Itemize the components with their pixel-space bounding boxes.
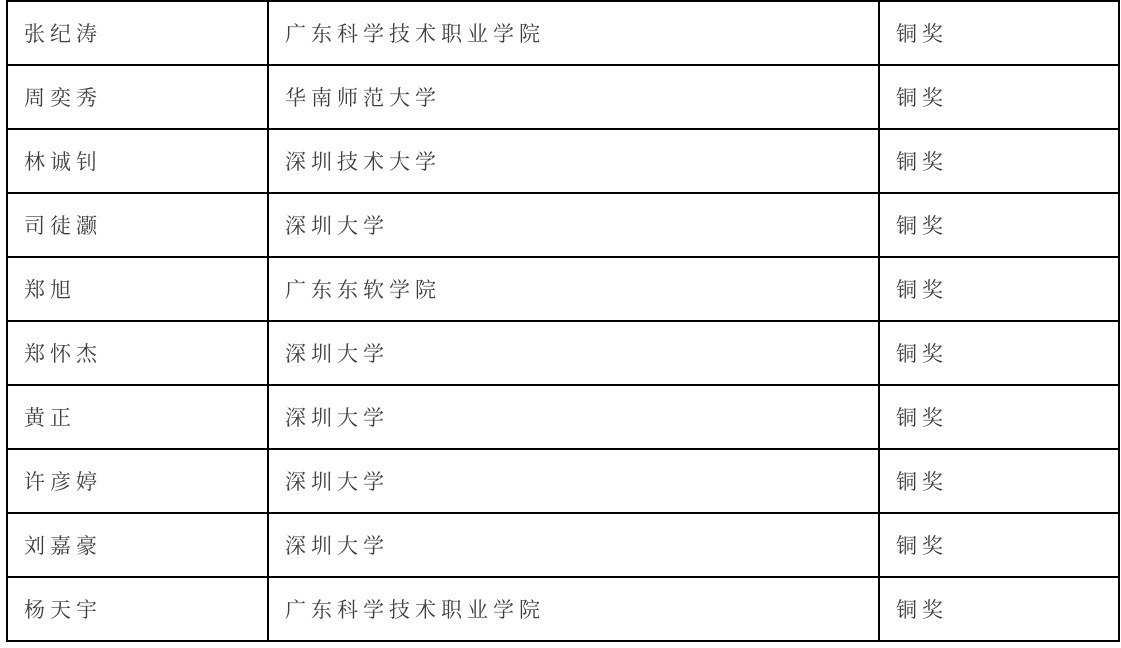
institution-cell: 广东科学技术职业学院: [268, 577, 879, 641]
institution-cell: 华南师范大学: [268, 65, 879, 129]
award-table-body: 张纪涛广东科学技术职业学院铜奖周奕秀华南师范大学铜奖林诚钊深圳技术大学铜奖司徒灏…: [7, 1, 1119, 641]
winner-name-cell: 许彦婷: [7, 449, 268, 513]
table-row: 黄正深圳大学铜奖: [7, 385, 1119, 449]
winner-name-cell: 周奕秀: [7, 65, 268, 129]
document-page: 张纪涛广东科学技术职业学院铜奖周奕秀华南师范大学铜奖林诚钊深圳技术大学铜奖司徒灏…: [0, 0, 1121, 648]
award-level-cell: 铜奖: [879, 577, 1119, 641]
award-level-cell: 铜奖: [879, 65, 1119, 129]
table-row: 许彦婷深圳大学铜奖: [7, 449, 1119, 513]
award-level-cell: 铜奖: [879, 193, 1119, 257]
table-row: 杨天宇广东科学技术职业学院铜奖: [7, 577, 1119, 641]
table-row: 张纪涛广东科学技术职业学院铜奖: [7, 1, 1119, 65]
winner-name-cell: 司徒灏: [7, 193, 268, 257]
award-level-cell: 铜奖: [879, 513, 1119, 577]
award-level-cell: 铜奖: [879, 1, 1119, 65]
institution-cell: 广东东软学院: [268, 257, 879, 321]
table-row: 刘嘉豪深圳大学铜奖: [7, 513, 1119, 577]
award-level-cell: 铜奖: [879, 129, 1119, 193]
table-row: 司徒灏深圳大学铜奖: [7, 193, 1119, 257]
table-row: 郑旭广东东软学院铜奖: [7, 257, 1119, 321]
table-row: 郑怀杰深圳大学铜奖: [7, 321, 1119, 385]
winner-name-cell: 杨天宇: [7, 577, 268, 641]
winner-name-cell: 郑怀杰: [7, 321, 268, 385]
institution-cell: 深圳大学: [268, 385, 879, 449]
institution-cell: 深圳大学: [268, 193, 879, 257]
institution-cell: 广东科学技术职业学院: [268, 1, 879, 65]
award-level-cell: 铜奖: [879, 321, 1119, 385]
institution-cell: 深圳大学: [268, 321, 879, 385]
winner-name-cell: 林诚钊: [7, 129, 268, 193]
winner-name-cell: 刘嘉豪: [7, 513, 268, 577]
institution-cell: 深圳技术大学: [268, 129, 879, 193]
table-row: 周奕秀华南师范大学铜奖: [7, 65, 1119, 129]
winner-name-cell: 郑旭: [7, 257, 268, 321]
award-table: 张纪涛广东科学技术职业学院铜奖周奕秀华南师范大学铜奖林诚钊深圳技术大学铜奖司徒灏…: [6, 0, 1120, 642]
award-level-cell: 铜奖: [879, 449, 1119, 513]
institution-cell: 深圳大学: [268, 449, 879, 513]
institution-cell: 深圳大学: [268, 513, 879, 577]
award-level-cell: 铜奖: [879, 385, 1119, 449]
table-row: 林诚钊深圳技术大学铜奖: [7, 129, 1119, 193]
award-level-cell: 铜奖: [879, 257, 1119, 321]
winner-name-cell: 张纪涛: [7, 1, 268, 65]
winner-name-cell: 黄正: [7, 385, 268, 449]
